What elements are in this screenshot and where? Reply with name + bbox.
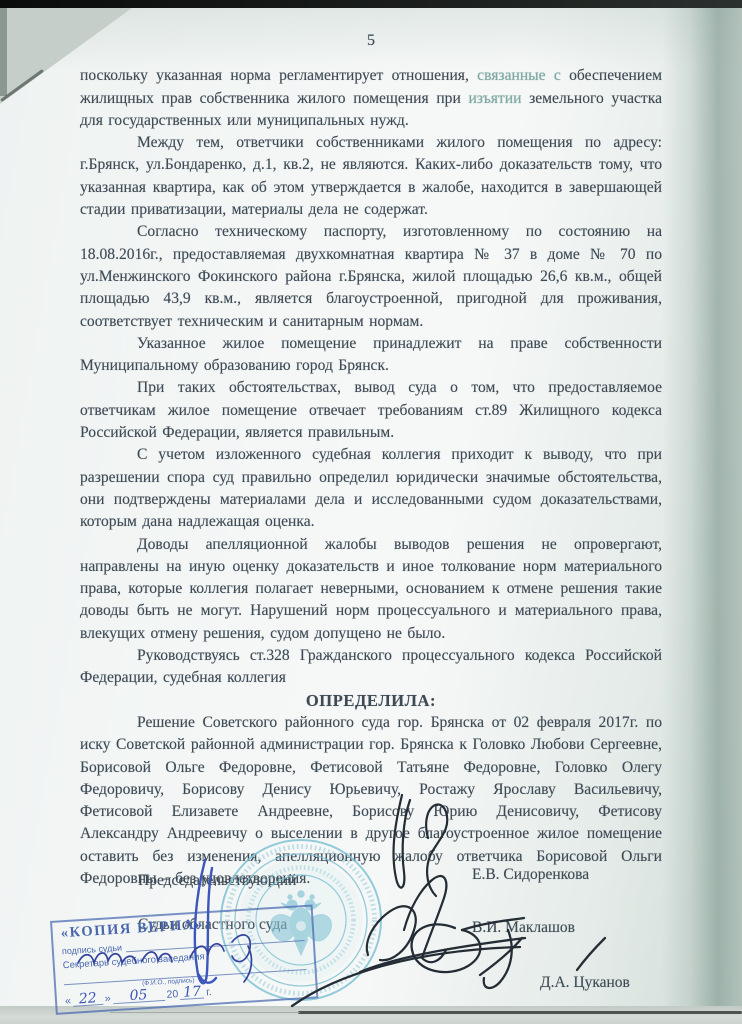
quote-close: » [104,992,111,1004]
document-paragraph: Доводы апелляционной жалобы выводов реше… [80,534,662,645]
document-paragraph: При таких обстоятельствах, вывод суда о … [80,377,662,444]
page-number: 5 [80,30,662,52]
scan-bottom-line [298,1011,742,1014]
handwritten-month: 05 [112,988,165,1004]
scan-edge-right [662,8,742,1006]
faded-words: изъятии [468,90,521,107]
document-paragraph: С учетом изложенного судебная коллегия п… [80,444,662,533]
year-suffix: г. [206,986,212,998]
scan-edge-top [0,0,742,8]
paragraph-text: поскольку указанная норма регламентирует… [80,67,477,84]
copy-stamp: «КОПИЯ ВЕРНА» подпись судьи Секретарь су… [50,904,318,1014]
scan-corner-edge [0,8,7,96]
ruling-heading: ОПРЕДЕЛИЛА: [80,690,662,712]
year-prefix: 20 [166,988,178,1001]
judge-signature-label: подпись судьи [62,943,123,957]
document-paragraph: Руководствуясь ст.328 Гражданского проце… [80,645,662,690]
document-paragraph: Указанное жилое помещение принадлежит на… [80,333,662,378]
faded-words: связанные с [477,67,561,84]
judge2-name: В.И. Маклашов [472,919,575,937]
document-paragraph: поскольку указанная норма регламентирует… [80,65,662,132]
document-paragraph: Согласно техническому паспорту, изготовл… [80,221,662,332]
handwritten-day: 22 [72,992,103,1007]
document-paragraph: Между тем, ответчики собственниками жило… [80,132,662,221]
document-body: 5 поскольку указанная норма регламентиру… [80,30,662,890]
chair-name: Е.В. Сидоренкова [472,866,589,884]
scan-bottom-line-faint [110,1012,300,1013]
scanned-court-document: 5 поскольку указанная норма регламентиру… [0,0,742,1024]
handwritten-year: 17 [180,985,205,999]
quote-open: « [65,995,72,1007]
judge3-name: Д.А. Цуканов [540,974,630,992]
